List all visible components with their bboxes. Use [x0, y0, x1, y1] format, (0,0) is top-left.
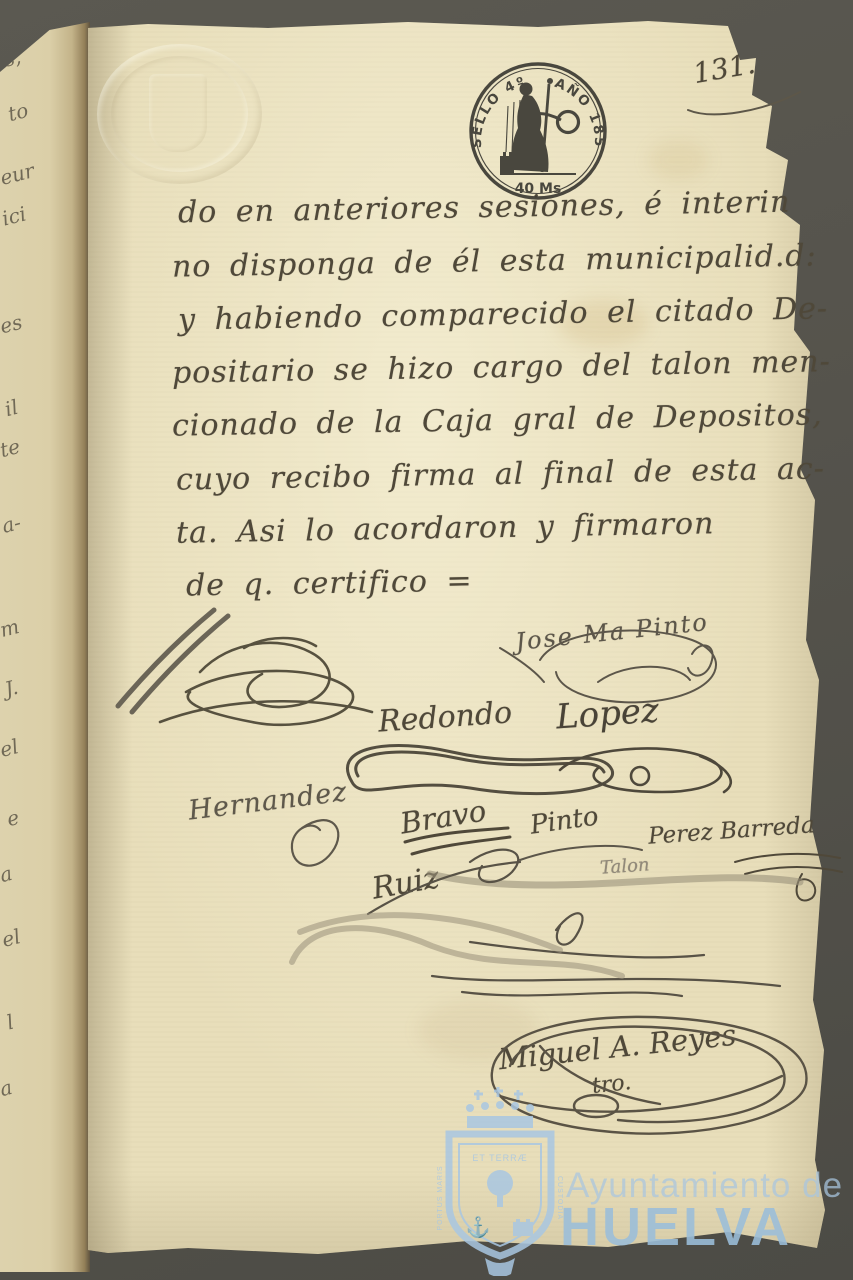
cutoff-text-fragment: e	[4, 805, 21, 831]
cutoff-text-fragment: il	[2, 395, 20, 421]
embossed-seal-crest	[149, 74, 207, 152]
signature-reyes-suffix: tro.	[591, 1070, 633, 1099]
cutoff-text-fragment: l	[4, 1010, 16, 1035]
cutoff-text-fragment: es	[0, 310, 25, 339]
cutoff-text-fragment: ici	[0, 201, 29, 230]
revenue-stamp: SELLO 4º AÑO 1859. 40 Ms	[452, 56, 624, 206]
cutoff-text-fragment: a-	[0, 510, 23, 538]
crest-banner-tab	[485, 1258, 515, 1276]
manuscript-line: de q. certifico =	[186, 564, 473, 604]
cutoff-text-fragment: el	[0, 924, 23, 952]
embossed-seal	[97, 44, 262, 184]
signature-lopez: Lopez	[555, 690, 660, 737]
stamp-denomination-text: 40 Ms	[515, 181, 562, 197]
cutoff-text-fragment: eur	[0, 158, 37, 190]
cutoff-text-fragment: el	[0, 734, 21, 762]
annotation-talon: Talon	[599, 854, 650, 878]
cutoff-text-fragment: m	[0, 614, 22, 642]
cutoff-text-fragment: J.	[2, 675, 20, 701]
cutoff-text-fragment: a	[0, 861, 15, 887]
paper-stain	[648, 140, 708, 180]
cutoff-text-fragment: a	[0, 1075, 15, 1101]
previous-page-edge: s, to eur ici es il te a- m J. el e a el…	[0, 0, 90, 1272]
cutoff-text-fragment: te	[0, 434, 22, 462]
scanned-document-photo: s, to eur ici es il te a- m J. el e a el…	[0, 0, 853, 1280]
cutoff-text-fragment: s,	[1, 44, 23, 71]
cutoff-text-fragment: to	[5, 98, 30, 126]
